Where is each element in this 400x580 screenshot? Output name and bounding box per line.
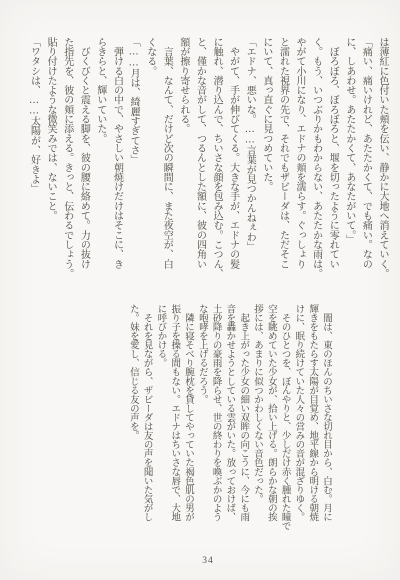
text-line: 言葉、なんて、だけど次の瞬間に、また夜空が、白 <box>158 37 175 287</box>
text-line: と濡れた視界の先で、それでもザビーダは、ただそこ <box>274 37 291 287</box>
text-line: 音を轟かせようとしている雲がいた。放っておけば、 <box>222 304 236 538</box>
text-line: そのひとつを、ぼんやりと、少しだけ赤く腫れた瞳で <box>277 304 291 538</box>
text-line: くなる。 <box>141 37 158 287</box>
text-line: 「エドナ、悪いな。……言葉が見つかんねぇわ」 <box>241 37 258 287</box>
text-line: やがて、手が伸びてくる。大きな手が、エドナの髪 <box>224 37 241 287</box>
page-number: 34 <box>190 556 226 566</box>
text-line: 起き上がった少女の細い双眸の向こうに、今にも雨 <box>235 304 249 538</box>
text-line: た指先を、彼の頬に添える。きっと、伝わるでしょう。 <box>58 37 75 287</box>
text-line: 振り子を操る間もない。エドナはちいさな唇で、大地 <box>166 304 180 538</box>
text-line: た。妹を愛し、信じる友の声を。 <box>125 304 139 538</box>
text-line: 輝きをもたらす太陽が目覚め、地平線から明ける朝焼 <box>304 304 318 538</box>
text-line: は薄紅に色付いた頬を伝い、静かに大地へ消えていく。 <box>373 37 390 287</box>
text-line: 「ワタシは、……太陽が、好きよ」 <box>25 37 42 287</box>
text-line: と、僅かな音がして、つるんとした額に、彼の四角い <box>191 37 208 287</box>
text-line: 隣に寝そべり腕枕を貸してやっていた褐色肌の男が <box>180 304 194 538</box>
text-line: 弾ける白の中で、やさしい朝焼けだけはそこに、き <box>108 37 125 287</box>
text-line: ぼろぼろ、ぼろぼろと、堰を切ったように零れてい <box>324 37 341 287</box>
text-line: に触れ、潜り込んで、ちいさな顔を包み込む。こつん、 <box>207 37 224 287</box>
text-line: びくびくと震える脚を、彼の腰に絡めて。力の抜け <box>75 37 92 287</box>
book-page: は薄紅に色付いた頬を伝い、静かに大地へ消えていく。 「痛い、痛いけれど、あたたか… <box>0 0 400 580</box>
text-line: に、しあわせ。あたたかくて、あなたがいて。」 <box>340 37 357 287</box>
text-line: く。もう、いつぶりかもわからない、あたたかな雨は。 <box>307 37 324 287</box>
text-line: 闇は、東のほんのちいさな切れ目から、白む。月に <box>318 304 332 538</box>
text-line: らきらと、輝いていた。 <box>91 37 108 287</box>
text-line: 「痛い、痛いけれど、あたたかくて、でも痛い。なの <box>357 37 374 287</box>
text-line: 額が擦り寄せられる。 <box>174 37 191 287</box>
text-line: な咆哮を上げるだろう。 <box>194 304 208 538</box>
text-line: やがて小川になり、エドナの頬を濡らす。ぐっしょり <box>290 37 307 287</box>
text-line: 空を眺めていた少女が、拾い上げる。朗らかな朝の挨 <box>263 304 277 538</box>
text-line: に呼びかける。 <box>153 304 167 538</box>
text-line: にいて、真っ直ぐに見つめていた。 <box>257 37 274 287</box>
text-section-top: は薄紅に色付いた頬を伝い、静かに大地へ消えていく。 「痛い、痛いけれど、あたたか… <box>25 37 390 287</box>
text-line: 貼り付けたような微笑みでは、ないこと。 <box>42 37 59 287</box>
text-line: 土砂降りの豪雨を降らせ、世の終わりを喚ぶかのよう <box>208 304 222 538</box>
text-line: 「……月は、綺麗すぎてさ」 <box>125 37 142 287</box>
text-section-bottom: 闇は、東のほんのちいさな切れ目から、白む。月に 輝きをもたらす太陽が目覚め、地平… <box>125 304 332 538</box>
text-line: それを見ながら、ザビーダは友の声を聞いた気がし <box>139 304 153 538</box>
text-line: 拶には、あまりに似つかわしくない音色だった。 <box>249 304 263 538</box>
text-line: けに、眠り続けていた人々の営みの音が混ざりゆく。 <box>291 304 305 538</box>
